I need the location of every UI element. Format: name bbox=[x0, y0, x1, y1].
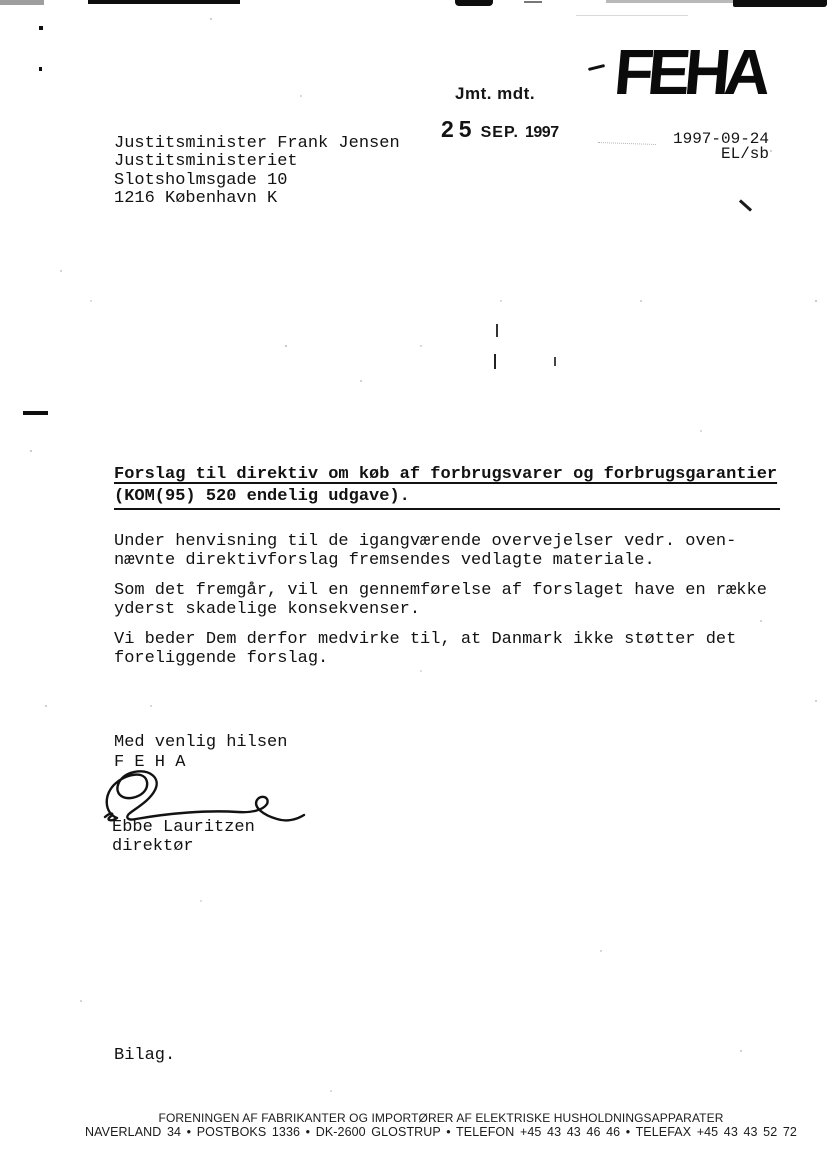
scan-artifact bbox=[88, 0, 240, 4]
scan-noise-speckles bbox=[0, 0, 2, 2]
pen-mark bbox=[588, 64, 605, 71]
scan-artifact bbox=[39, 26, 43, 30]
scan-artifact bbox=[554, 357, 556, 366]
scan-artifact bbox=[524, 1, 542, 3]
recipient-line: Slotsholmsgade 10 bbox=[114, 172, 400, 190]
scan-artifact bbox=[606, 0, 746, 3]
paragraph: Under henvisning til de igangværende ove… bbox=[114, 532, 767, 571]
handwritten-signature bbox=[100, 767, 308, 825]
letter-body: Under henvisning til de igangværende ove… bbox=[114, 532, 767, 678]
scan-artifact bbox=[739, 199, 752, 211]
scan-artifact bbox=[598, 142, 656, 149]
recipient-line: Justitsministeriet bbox=[114, 153, 400, 171]
received-stamp-label: Jmt. mdt. bbox=[455, 84, 535, 104]
recipient-line: Justitsminister Frank Jensen bbox=[114, 135, 400, 153]
body-line: foreliggende forslag. bbox=[114, 649, 767, 668]
scan-artifact bbox=[496, 324, 498, 337]
signer-name: Ebbe Lauritzen bbox=[112, 818, 255, 837]
signer-title: direktør bbox=[112, 837, 255, 856]
footer-contact-line: NAVERLAND 34 • POSTBOKS 1336 • DK-2600 G… bbox=[55, 1126, 827, 1140]
date-reference-block: 1997-09-24 EL/sb bbox=[673, 132, 769, 161]
paragraph: Vi beder Dem derfor medvirke til, at Dan… bbox=[114, 630, 767, 669]
letter-reference: EL/sb bbox=[673, 147, 769, 162]
body-line: nævnte direktivforslag fremsendes vedlag… bbox=[114, 551, 767, 570]
footer-association-name: FORENINGEN AF FABRIKANTER OG IMPORTØRER … bbox=[55, 1112, 827, 1126]
stamp-year: 1997 bbox=[525, 124, 559, 141]
recipient-address: Justitsminister Frank Jensen Justitsmini… bbox=[114, 135, 400, 208]
stamp-day: 25 bbox=[441, 116, 477, 142]
attachment-note: Bilag. bbox=[114, 1046, 175, 1065]
salutation: Med venlig hilsen bbox=[114, 733, 287, 753]
body-line: yderst skadelige konsekvenser. bbox=[114, 600, 767, 619]
scan-artifact bbox=[494, 354, 496, 369]
scan-artifact bbox=[733, 0, 827, 7]
scan-artifact bbox=[576, 15, 688, 16]
recipient-line: 1216 København K bbox=[114, 190, 400, 208]
paragraph: Som det fremgår, vil en gennemførelse af… bbox=[114, 581, 767, 620]
letter-footer: FORENINGEN AF FABRIKANTER OG IMPORTØRER … bbox=[55, 1112, 827, 1139]
scanned-letter-page: Jmt. mdt. 25SEP.1997 FEHA 1997-09-24 EL/… bbox=[0, 0, 827, 1163]
body-line: Vi beder Dem derfor medvirke til, at Dan… bbox=[114, 630, 767, 649]
scan-artifact bbox=[23, 411, 48, 415]
scan-artifact bbox=[0, 0, 44, 5]
stamp-month: SEP. bbox=[481, 124, 519, 141]
scan-artifact bbox=[455, 0, 493, 6]
scan-artifact bbox=[39, 67, 42, 71]
signer-block: Ebbe Lauritzen direktør bbox=[112, 818, 255, 856]
body-line: Under henvisning til de igangværende ove… bbox=[114, 532, 767, 551]
feha-logo: FEHA bbox=[612, 46, 767, 98]
body-line: Som det fremgår, vil en gennemførelse af… bbox=[114, 581, 767, 600]
subject-line-2: (KOM(95) 520 endelig udgave). bbox=[114, 487, 780, 510]
subject-line-1: Forslag til direktiv om køb af forbrugsv… bbox=[114, 465, 777, 484]
received-date-stamp: 25SEP.1997 bbox=[441, 116, 559, 143]
